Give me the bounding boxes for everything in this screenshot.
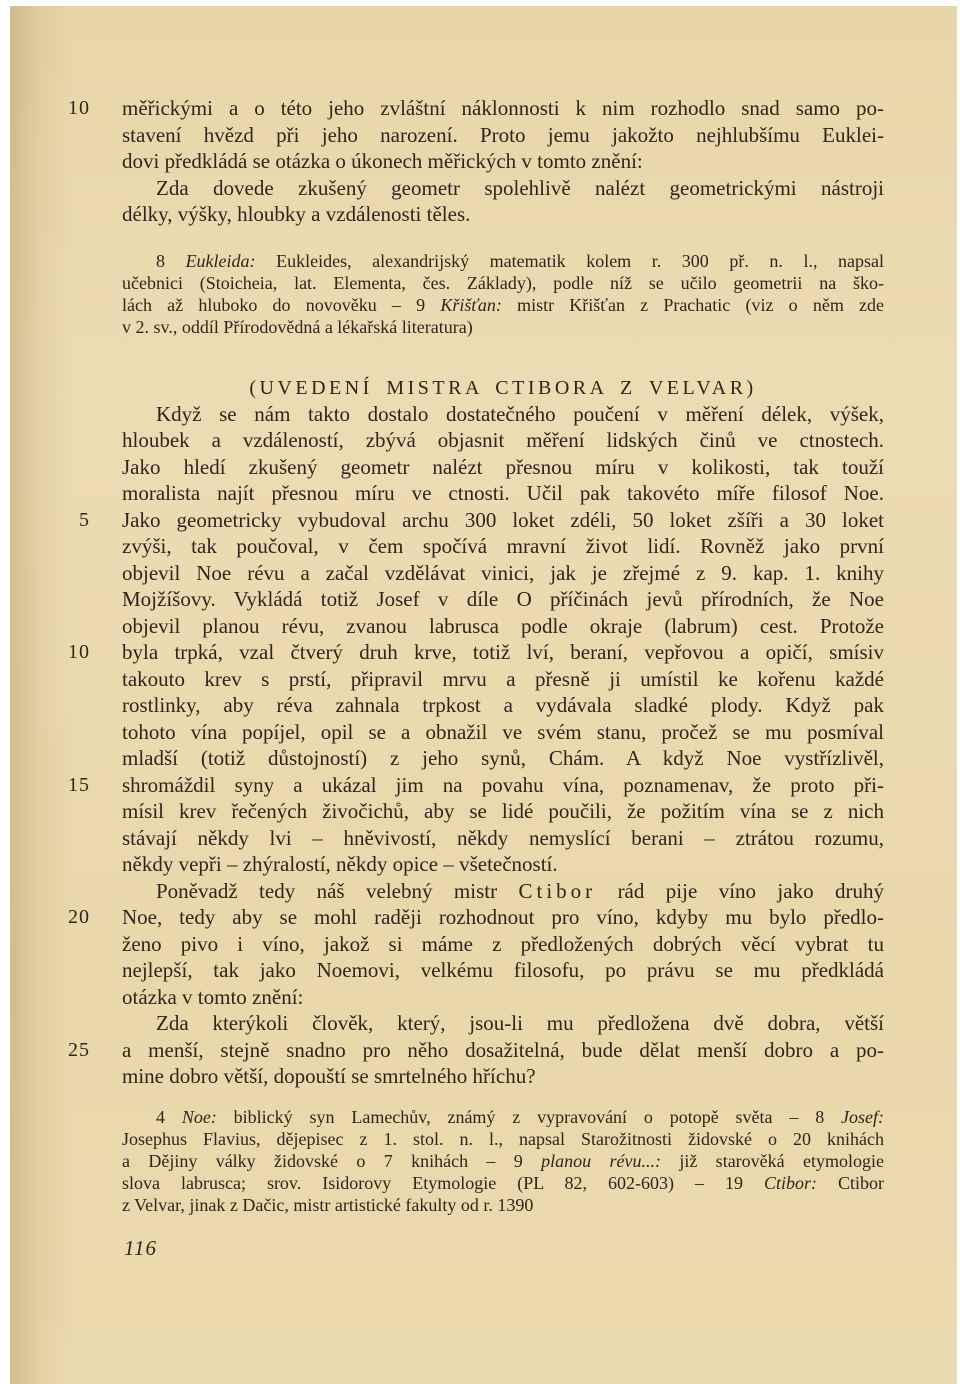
line-text: byla trpká, vzal čtverý druh krve, totiž… [122,639,884,666]
line-text: měřickými a o této jeho zvláštní náklonn… [122,95,884,122]
text-segment: 8 [156,251,186,271]
line-text: Jako hledí zkušený geometr nalézt přesno… [122,454,884,481]
text-segment: Josephus Flavius, dějepisec z 1. stol. n… [122,1129,884,1149]
italic-text: Josef: [841,1107,884,1127]
text-segment: délky, výšky, hloubky a vzdálenosti těle… [122,202,470,226]
line-number: 20 [66,904,90,931]
text-segment: objevil planou révu, zvanou labrusca pod… [122,614,884,638]
italic-text: Noe: [182,1107,217,1127]
line-text: Zda kterýkoli člověk, který, jsou-li mu … [122,1010,884,1037]
text-segment: rád pije víno jako druhý [596,879,884,903]
line-text: délky, výšky, hloubky a vzdálenosti těle… [122,201,884,228]
text-segment: mistr Křišťan z Prachatic (viz o něm zde [502,295,884,315]
text-segment: takouto krev s prstí, připravil mrvu a p… [122,667,884,691]
text-line: tohoto vína popíjel, opil se a obnažil v… [122,719,884,746]
text-segment: Ctibor [817,1173,884,1193]
line-text: otázka v tomto znění: [122,984,884,1011]
text-segment: shromáždil syny a ukázal jim na povahu v… [122,773,884,797]
line-text: někdy vepři – zhýralostí, někdy opice – … [122,851,884,878]
line-text: mine dobro větší, dopouští se smrtelného… [122,1063,884,1090]
line-text: Josephus Flavius, dějepisec z 1. stol. n… [122,1128,884,1150]
line-text: Zda dovede zkušený geometr spolehlivě na… [122,175,884,202]
spaced-emphasis-text: Ctibor [518,879,596,903]
text-line: 10měřickými a o této jeho zvláštní náklo… [122,95,884,122]
line-text: učebnici (Stoicheia, lat. Elementa, čes.… [122,272,884,294]
text-line: Poněvadž tedy náš velebný mistr Ctibor r… [122,878,884,905]
text-line: takouto krev s prstí, připravil mrvu a p… [122,666,884,693]
text-line: 20Noe, tedy aby se mohl raději rozhodnou… [122,904,884,931]
text-line: hloubek a vzdáleností, zbývá objasnit mě… [122,427,884,454]
text-segment: 4 [156,1107,182,1127]
line-text: z Velvar, jinak z Dačic, mistr artistick… [122,1194,884,1216]
text-segment: Jako hledí zkušený geometr nalézt přesno… [122,455,884,479]
text-segment: slova labrusca; srov. Isidorovy Etymolog… [122,1173,764,1193]
text-line: mísil krev řečených živočichů, aby se li… [122,798,884,825]
scan-background: 10měřickými a o této jeho zvláštní náklo… [0,0,960,1384]
italic-text: planou révu...: [541,1151,661,1171]
text-segment: a Dějiny války židovské o 7 knihách – 9 [122,1151,541,1171]
text-segment: tohoto vína popíjel, opil se a obnažil v… [122,720,884,744]
text-line: nejlepší, tak jako Noemovi, velkému filo… [122,957,884,984]
text-segment: moralista najít přesnou míru ve ctnosti.… [122,481,884,505]
text-line: Josephus Flavius, dějepisec z 1. stol. n… [122,1128,884,1150]
line-number: 10 [66,639,90,666]
book-page: 10měřickými a o této jeho zvláštní náklo… [10,6,957,1384]
line-text: dovi předkládá se otázka o úkonech měřic… [122,148,884,175]
text-segment: mladší (totiž důstojností) z jeho synů, … [122,746,884,770]
text-line: dovi předkládá se otázka o úkonech měřic… [122,148,884,175]
line-text: lách až hluboko do novověku – 9 Křišťan:… [122,294,884,316]
line-text: Jako geometricky vybudoval archu 300 lok… [122,507,884,534]
text-line: někdy vepři – zhýralostí, někdy opice – … [122,851,884,878]
text-segment: byla trpká, vzal čtverý druh krve, totiž… [122,640,884,664]
text-line: Zda dovede zkušený geometr spolehlivě na… [122,175,884,202]
text-segment: nejlepší, tak jako Noemovi, velkému filo… [122,958,884,982]
text-line: délky, výšky, hloubky a vzdálenosti těle… [122,201,884,228]
line-text: shromáždil syny a ukázal jim na povahu v… [122,772,884,799]
text-segment: Poněvadž tedy náš velebný mistr [156,879,518,903]
line-number: 15 [66,772,90,799]
line-number: 5 [66,507,90,534]
text-segment: z Velvar, jinak z Dačic, mistr artistick… [122,1195,533,1215]
passage-ctibor: Když se nám takto dostalo dostatečného p… [122,401,884,1090]
text-segment: někdy vepři – zhýralostí, někdy opice – … [122,852,558,876]
line-text: mísil krev řečených živočichů, aby se li… [122,798,884,825]
italic-text: Eukleida: [186,251,256,271]
text-segment: biblický syn Lamechův, známý z vypravová… [217,1107,841,1127]
text-line: učebnici (Stoicheia, lat. Elementa, čes.… [122,272,884,294]
page-number: 116 [124,1236,884,1261]
text-segment: v 2. sv., oddíl Přírodovědná a lékařská … [122,317,473,337]
text-line: lách až hluboko do novověku – 9 Křišťan:… [122,294,884,316]
line-text: 4 Noe: biblický syn Lamechův, známý z vy… [122,1106,884,1128]
line-text: Když se nám takto dostalo dostatečného p… [122,401,884,428]
text-line: mine dobro větší, dopouští se smrtelného… [122,1063,884,1090]
passage-euclid: 10měřickými a o této jeho zvláštní náklo… [122,6,884,228]
line-text: slova labrusca; srov. Isidorovy Etymolog… [122,1172,884,1194]
italic-text: Křišťan: [440,295,502,315]
text-segment: Mojžíšovy. Vykládá totiž Josef v díle O … [122,587,884,611]
footnote-block-top: 8 Eukleida: Eukleides, alexandrijský mat… [122,250,884,338]
text-segment: a menší, stejně snadno pro něho dosažite… [122,1038,884,1062]
text-line: moralista najít přesnou míru ve ctnosti.… [122,480,884,507]
line-text: ženo pivo i víno, jakož si máme z předlo… [122,931,884,958]
text-line: 10byla trpká, vzal čtverý druh krve, tot… [122,639,884,666]
line-number: 10 [66,95,90,122]
text-line: ženo pivo i víno, jakož si máme z předlo… [122,931,884,958]
text-line: objevil Noe révu a začal vzdělávat vinic… [122,560,884,587]
line-text: 8 Eukleida: Eukleides, alexandrijský mat… [122,250,884,272]
italic-text: Ctibor: [764,1173,817,1193]
line-text: Mojžíšovy. Vykládá totiž Josef v díle O … [122,586,884,613]
line-text: stavení hvězd při jeho narození. Proto j… [122,122,884,149]
text-line: Mojžíšovy. Vykládá totiž Josef v díle O … [122,586,884,613]
text-line: zvýši, tak poučoval, v čem spočívá mravn… [122,533,884,560]
text-segment: mine dobro větší, dopouští se smrtelného… [122,1064,536,1088]
text-line: rostlinky, aby réva zahnala trpkost a vy… [122,692,884,719]
line-text: Noe, tedy aby se mohl raději rozhodnout … [122,904,884,931]
text-line: 5Jako geometricky vybudoval archu 300 lo… [122,507,884,534]
text-line: stávají někdy lvi – hněvivostí, někdy ne… [122,825,884,852]
text-segment: již starověká etymologie [661,1151,884,1171]
text-segment: lách až hluboko do novověku – 9 [122,295,440,315]
line-text: a menší, stejně snadno pro něho dosažite… [122,1037,884,1064]
line-text: mladší (totiž důstojností) z jeho synů, … [122,745,884,772]
text-line: Jako hledí zkušený geometr nalézt přesno… [122,454,884,481]
line-text: nejlepší, tak jako Noemovi, velkému filo… [122,957,884,984]
text-line: a Dějiny války židovské o 7 knihách – 9 … [122,1150,884,1172]
line-text: objevil planou révu, zvanou labrusca pod… [122,613,884,640]
text-line: objevil planou révu, zvanou labrusca pod… [122,613,884,640]
line-text: stávají někdy lvi – hněvivostí, někdy ne… [122,825,884,852]
text-segment: stavení hvězd při jeho narození. Proto j… [122,123,884,147]
line-text: a Dějiny války židovské o 7 knihách – 9 … [122,1150,884,1172]
text-segment: zvýši, tak poučoval, v čem spočívá mravn… [122,534,884,558]
line-text: rostlinky, aby réva zahnala trpkost a vy… [122,692,884,719]
footnote-block-bottom: 4 Noe: biblický syn Lamechův, známý z vy… [122,1106,884,1216]
text-segment: stávají někdy lvi – hněvivostí, někdy ne… [122,826,884,850]
text-line: v 2. sv., oddíl Přírodovědná a lékařská … [122,316,884,338]
text-segment: Eukleides, alexandrijský matematik kolem… [256,251,884,271]
line-text: takouto krev s prstí, připravil mrvu a p… [122,666,884,693]
text-column: 10měřickými a o této jeho zvláštní náklo… [122,6,884,1261]
text-line: otázka v tomto znění: [122,984,884,1011]
text-segment: ženo pivo i víno, jakož si máme z předlo… [122,932,884,956]
text-line: 4 Noe: biblický syn Lamechův, známý z vy… [122,1106,884,1128]
text-segment: Když se nám takto dostalo dostatečného p… [156,402,884,426]
text-segment: Jako geometricky vybudoval archu 300 lok… [122,508,884,532]
section-heading: (UVEDENÍ MISTRA CTIBORA Z VELVAR) [122,375,884,401]
text-segment: rostlinky, aby réva zahnala trpkost a vy… [122,693,884,717]
line-text: hloubek a vzdáleností, zbývá objasnit mě… [122,427,884,454]
text-segment: Zda kterýkoli člověk, který, jsou-li mu … [156,1011,884,1035]
line-text: tohoto vína popíjel, opil se a obnažil v… [122,719,884,746]
line-text: Poněvadž tedy náš velebný mistr Ctibor r… [122,878,884,905]
text-segment: hloubek a vzdáleností, zbývá objasnit mě… [122,428,884,452]
line-text: v 2. sv., oddíl Přírodovědná a lékařská … [122,316,884,338]
line-text: moralista najít přesnou míru ve ctnosti.… [122,480,884,507]
text-segment: měřickými a o této jeho zvláštní náklonn… [122,96,884,120]
text-segment: mísil krev řečených živočichů, aby se li… [122,799,884,823]
text-line: stavení hvězd při jeho narození. Proto j… [122,122,884,149]
text-line: 8 Eukleida: Eukleides, alexandrijský mat… [122,250,884,272]
text-segment: učebnici (Stoicheia, lat. Elementa, čes.… [122,273,884,293]
text-line: Zda kterýkoli člověk, který, jsou-li mu … [122,1010,884,1037]
text-segment: Noe, tedy aby se mohl raději rozhodnout … [122,905,884,929]
text-line: Když se nám takto dostalo dostatečného p… [122,401,884,428]
text-line: z Velvar, jinak z Dačic, mistr artistick… [122,1194,884,1216]
text-segment: objevil Noe révu a začal vzdělávat vinic… [122,561,884,585]
text-segment: Zda dovede zkušený geometr spolehlivě na… [156,176,884,200]
text-line: mladší (totiž důstojností) z jeho synů, … [122,745,884,772]
text-line: 15shromáždil syny a ukázal jim na povahu… [122,772,884,799]
line-text: zvýši, tak poučoval, v čem spočívá mravn… [122,533,884,560]
text-line: slova labrusca; srov. Isidorovy Etymolog… [122,1172,884,1194]
line-text: objevil Noe révu a začal vzdělávat vinic… [122,560,884,587]
text-line: 25a menší, stejně snadno pro něho dosaži… [122,1037,884,1064]
text-segment: otázka v tomto znění: [122,985,303,1009]
text-segment: dovi předkládá se otázka o úkonech měřic… [122,149,643,173]
line-number: 25 [66,1037,90,1064]
